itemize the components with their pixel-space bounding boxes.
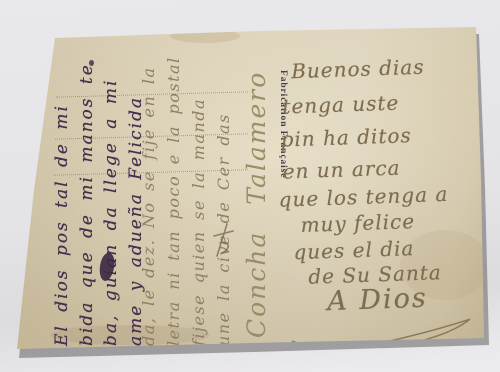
right-message-line: Buenos dias bbox=[291, 55, 425, 84]
ink-message-line: El dios pos tal de mi bbox=[50, 50, 75, 346]
right-message-line: tenga uste bbox=[282, 91, 400, 119]
ink-message-line: bida que de mi manos te bbox=[75, 50, 100, 346]
vertical-name: Concha Talamero bbox=[242, 52, 272, 338]
pencil-scribble-mark bbox=[212, 222, 236, 260]
ink-message-line: ba, guian da llege a mi bbox=[99, 50, 124, 346]
right-message-line: muy felice bbox=[300, 209, 415, 237]
photo-of-postcard: El dios pos tal de mi bida que de mi man… bbox=[0, 0, 500, 372]
pencil-message-line: da, le dez. No se fije en la bbox=[136, 44, 161, 346]
ink-blot bbox=[89, 60, 94, 66]
right-message-line: ques el dia bbox=[293, 236, 415, 264]
right-message-line: pin ha ditos bbox=[280, 123, 412, 152]
postcard: El dios pos tal de mi bida que de mi man… bbox=[0, 0, 500, 372]
pencil-message-block: da, le dez. No se fije en la letra ni ta… bbox=[136, 44, 238, 346]
right-message-block: Buenos dias tenga uste pin ha ditos en u… bbox=[273, 48, 500, 365]
signature-flourish bbox=[281, 301, 488, 364]
pencil-message-line: letra ni tan poco e la postal bbox=[161, 44, 186, 346]
ink-message-block: El dios pos tal de mi bida que de mi man… bbox=[50, 50, 150, 346]
right-message-line: en un arca bbox=[282, 156, 401, 184]
pencil-message-line: fijese quien se la manda bbox=[186, 44, 211, 346]
paper-stain bbox=[170, 29, 240, 43]
right-message-line: que los tenga a bbox=[278, 182, 448, 212]
pencil-message-line: une la cive de Cer das bbox=[211, 44, 236, 346]
